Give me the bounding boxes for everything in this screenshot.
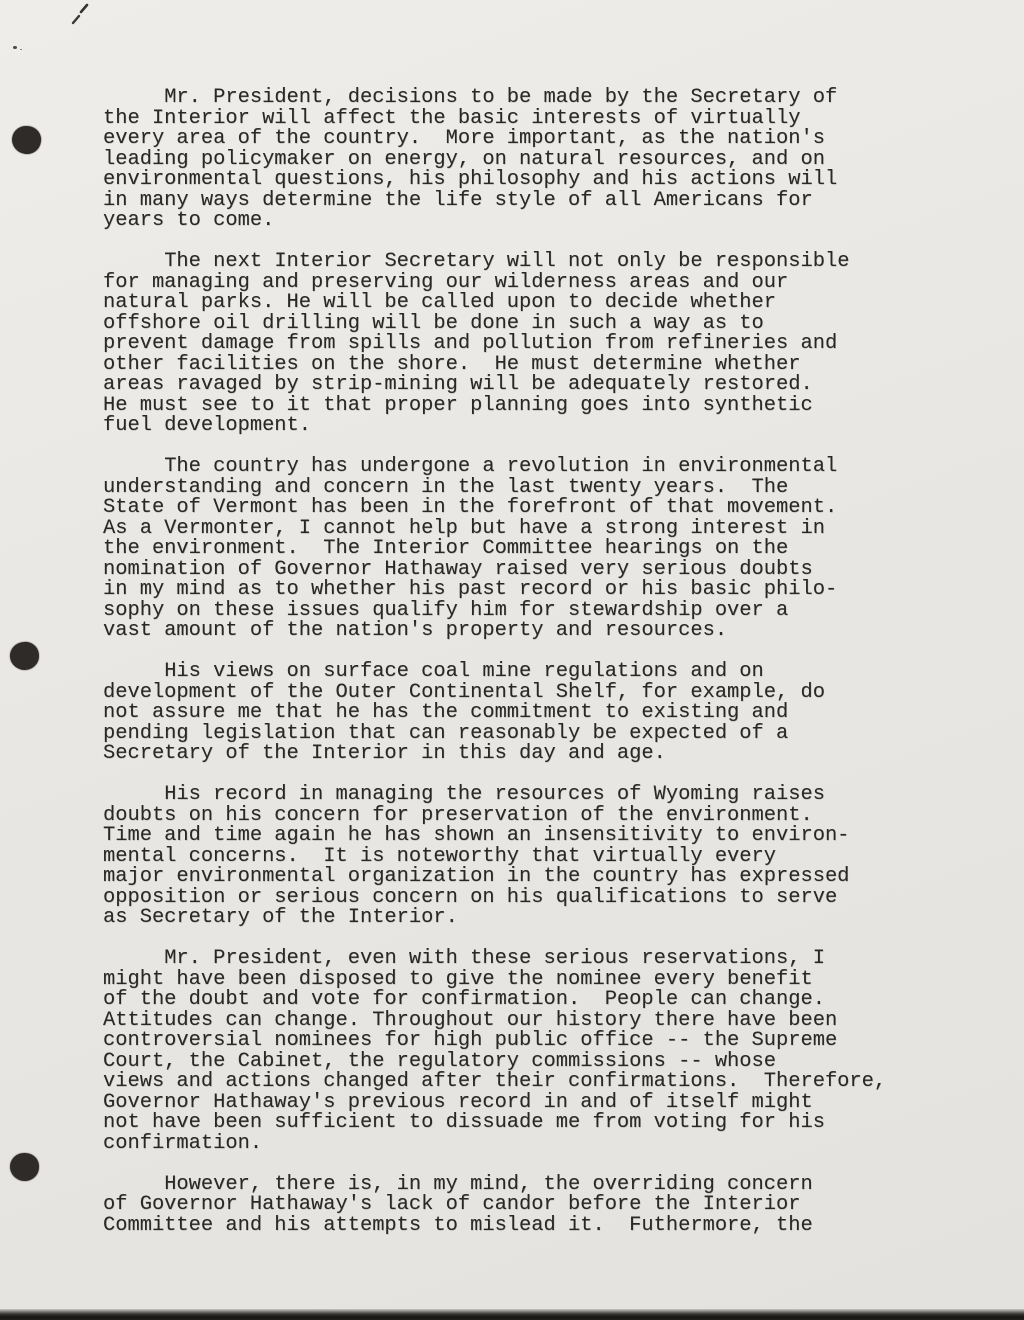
paragraph-1: Mr. President, decisions to be made by t… <box>103 88 925 232</box>
pen-tick-mark <box>68 2 94 30</box>
scan-edge-bar <box>0 1309 1024 1320</box>
typewritten-text-block: Mr. President, decisions to be made by t… <box>103 88 925 1236</box>
paragraph-6: Mr. President, even with these serious r… <box>103 949 925 1154</box>
hole-punch-bottom <box>9 1152 39 1181</box>
paragraph-3: The country has undergone a revolution i… <box>103 457 925 642</box>
hole-punch-top <box>10 124 43 156</box>
paragraph-4: His views on surface coal mine regulatio… <box>103 662 925 765</box>
paragraph-5: His record in managing the resources of … <box>103 785 925 929</box>
hole-punch-middle <box>9 641 40 671</box>
ink-speck <box>13 46 17 49</box>
paragraph-7: However, there is, in my mind, the overr… <box>103 1175 925 1237</box>
document-page: Mr. President, decisions to be made by t… <box>0 0 1024 1320</box>
paragraph-2: The next Interior Secretary will not onl… <box>103 252 925 437</box>
